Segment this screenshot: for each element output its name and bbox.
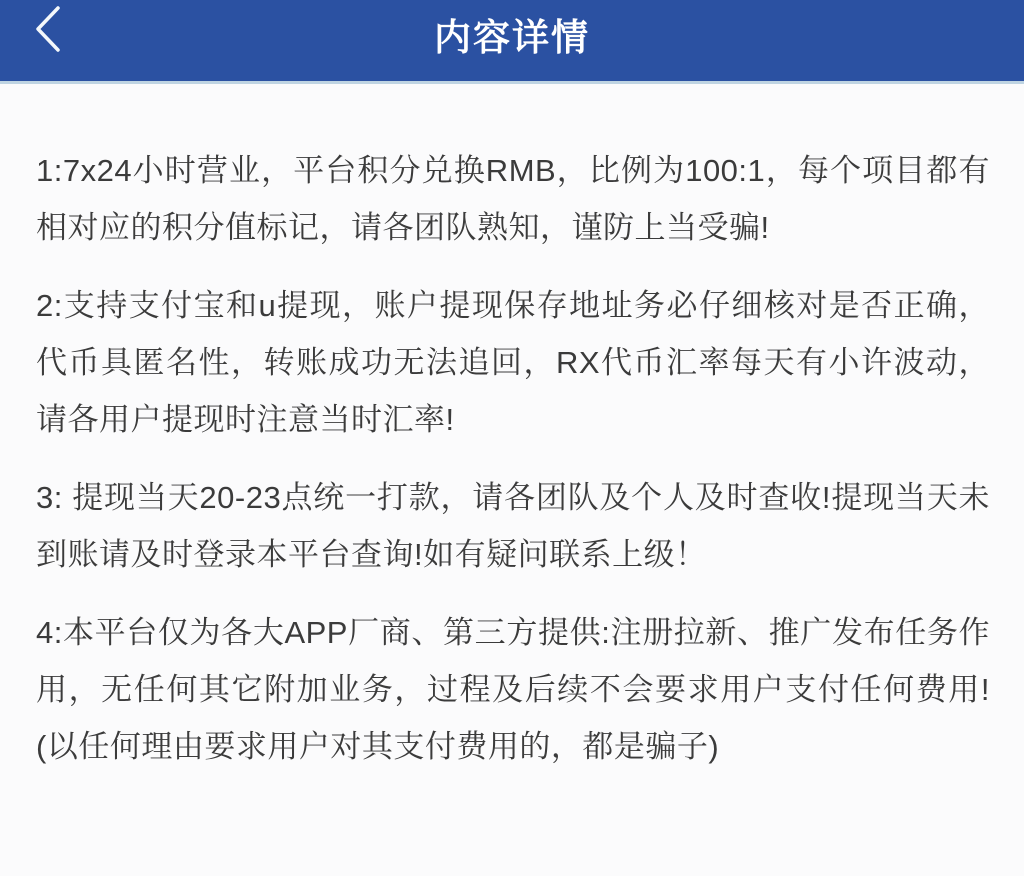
back-button[interactable] bbox=[26, 2, 70, 56]
header-bar: 内容详情 bbox=[0, 0, 1024, 84]
page-title: 内容详情 bbox=[434, 7, 590, 61]
content-area: 1:7x24小时营业，平台积分兑换RMB，比例为100:1，每个项目都有相对应的… bbox=[0, 84, 1024, 775]
content-detail-page: 内容详情 1:7x24小时营业，平台积分兑换RMB，比例为100:1，每个项目都… bbox=[0, 0, 1024, 876]
notice-paragraph-4: 4:本平台仅为各大APP厂商、第三方提供:注册拉新、推广发布任务作用，无任何其它… bbox=[36, 604, 990, 775]
notice-paragraph-3: 3: 提现当天20-23点统一打款，请各团队及个人及时查收!提现当天未到账请及时… bbox=[36, 469, 990, 583]
notice-paragraph-1: 1:7x24小时营业，平台积分兑换RMB，比例为100:1，每个项目都有相对应的… bbox=[36, 142, 990, 256]
notice-paragraph-2: 2:支持支付宝和u提现，账户提现保存地址务必仔细核对是否正确，代币具匿名性，转账… bbox=[36, 277, 990, 448]
chevron-left-icon bbox=[34, 5, 62, 53]
